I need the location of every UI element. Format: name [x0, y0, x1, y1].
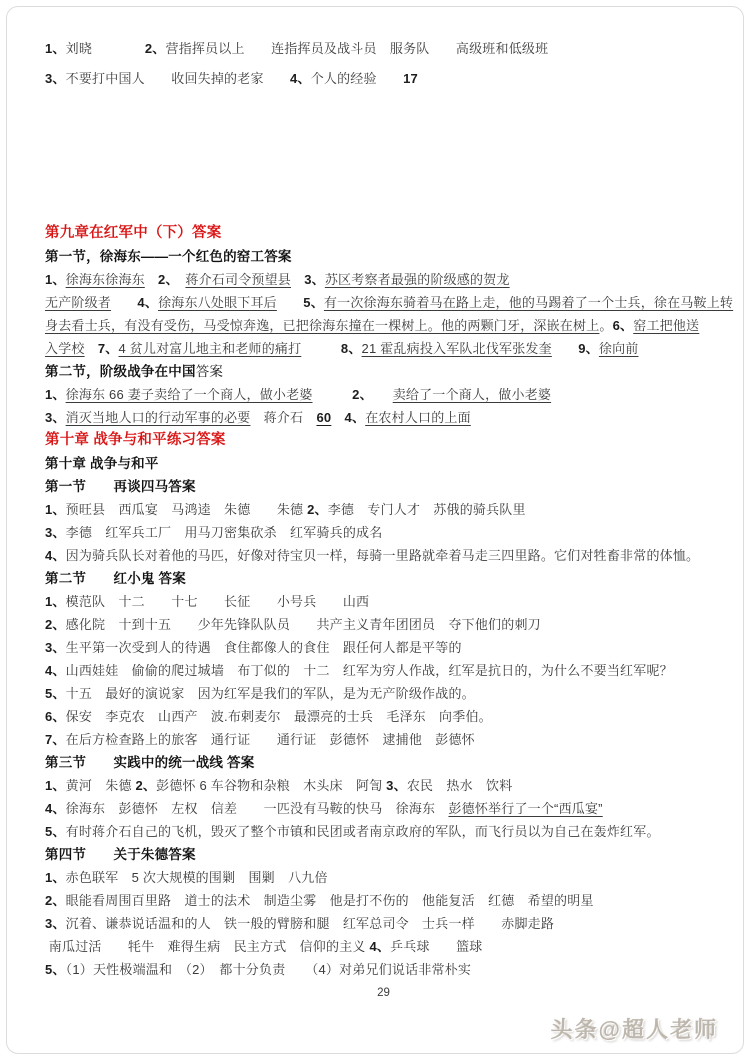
- text-line: 3、不要打中国人 收回失掉的老家 4、个人的经验 17: [45, 64, 722, 94]
- text-segment: 3、: [45, 71, 66, 86]
- text-segment: 南瓜过活 牦牛 难得生病 民主方式 信仰的主义: [45, 939, 369, 954]
- text-line: 4、徐海东 彭德怀 左权 信差 一匹没有马鞍的快马 徐海东 彭德怀举行了一个“西…: [45, 797, 722, 820]
- text-segment: 21 霍乱病投入军队北伐军张发奎: [362, 341, 552, 356]
- section-heading: 第二节 红小鬼 答案: [45, 567, 722, 590]
- text-segment: [172, 272, 185, 287]
- text-segment: 3、: [304, 272, 325, 287]
- text-segment: 3、: [386, 778, 407, 793]
- text-segment: 5、: [303, 295, 324, 310]
- text-segment: 4、: [290, 71, 311, 86]
- answers-top-block: 1、刘晓 2、营指挥员以上 连指挥员及战斗员 服务队 高级班和低级班3、不要打中…: [45, 34, 722, 94]
- text-segment: 5、: [45, 962, 66, 977]
- text-segment: 7、: [45, 732, 66, 747]
- text-segment: 生平第一次受到人的待遇 食住都像人的食住 跟任何人都是平等的: [66, 640, 462, 655]
- text-segment: 第三节 实践中的统一战线 答案: [45, 755, 254, 770]
- text-segment: 第一节，徐海东——一个红色的窑工答案: [45, 249, 292, 264]
- text-segment: [277, 295, 303, 310]
- text-segment: 1、: [45, 387, 66, 402]
- text-segment: [145, 272, 158, 287]
- section-heading: 第四节 关于朱德答案: [45, 843, 722, 866]
- text-line: 6、保安 李克农 山西产 波.布剌麦尔 最漂亮的士兵 毛泽东 向季伯。: [45, 705, 722, 728]
- text-segment: 沉着、谦恭说话温和的人 铁一般的臂膀和腿 红军总司令 士兵一样 赤脚走路: [66, 916, 554, 931]
- text-segment: 彭德怀 6 车谷物和杂粮 木头床 阿訇: [156, 778, 386, 793]
- text-segment: 苏区考察者最强的阶级感的贺龙: [325, 272, 510, 287]
- text-segment: 3、: [45, 916, 66, 931]
- text-segment: 1、: [45, 272, 66, 287]
- text-segment: 6、: [613, 318, 634, 333]
- text-segment: 入学校: [45, 341, 85, 356]
- answers-content: 第九章在红军中（下）答案第一节，徐海东——一个红色的窑工答案1、徐海东徐海东 2…: [45, 222, 722, 981]
- text-segment: 4、: [345, 410, 366, 425]
- chapter-heading: 第九章在红军中（下）答案: [45, 222, 722, 245]
- text-segment: 3、: [45, 410, 66, 425]
- text-segment: 黄河 朱德: [66, 778, 136, 793]
- section-heading: 第一节，徐海东——一个红色的窑工答案: [45, 245, 722, 268]
- text-segment: 第二节 红小鬼 答案: [45, 571, 186, 586]
- text-segment: 蒋介石: [250, 410, 316, 425]
- text-segment: 6、: [45, 709, 66, 724]
- text-segment: 4、: [369, 939, 390, 954]
- text-segment: 1、: [45, 502, 66, 517]
- text-segment: 1、: [45, 870, 66, 885]
- text-segment: 3、: [45, 640, 66, 655]
- text-line: 南瓜过活 牦牛 难得生病 民主方式 信仰的主义 4、乒乓球 篮球: [45, 935, 722, 958]
- text-segment: 4、: [45, 548, 66, 563]
- section-heading: 第二节，阶级战争在中国答案: [45, 360, 722, 383]
- text-segment: 十五 最好的演说家 因为红军是我们的军队，是为无产阶级作战的。: [66, 686, 475, 701]
- text-segment: [301, 341, 341, 356]
- text-segment: 不要打中国人 收回失掉的老家: [66, 71, 290, 86]
- text-segment: 徐海东 66 妻子卖给了一个商人，做小老婆: [66, 387, 313, 402]
- text-line: 1、黄河 朱德 2、彭德怀 6 车谷物和杂粮 木头床 阿訇 3、农民 热水 饮料: [45, 774, 722, 797]
- text-segment: 4、: [45, 663, 66, 678]
- text-segment: [313, 387, 353, 402]
- text-segment: 徐海东徐海东: [66, 272, 145, 287]
- text-line: 身去看士兵，有没有受伤，马受惊奔逸，已把徐海东撞在一棵树上。他的两颗门牙，深嵌在…: [45, 314, 722, 337]
- text-segment: 第十章 战争与和平: [45, 456, 159, 471]
- text-line: 无产阶级者 4、徐海东八处眼下耳后 5、有一次徐海东骑着马在路上走，他的马踢着了…: [45, 291, 722, 314]
- text-segment: 农民 热水 饮料: [407, 778, 513, 793]
- text-segment: [552, 341, 578, 356]
- watermark-toutiao: 头条@超人老师: [551, 1013, 718, 1044]
- text-segment: 在后方检查路上的旅客 通行证 通行证 彭德怀 逮捕他 彭德怀: [66, 732, 475, 747]
- text-segment: 有时蒋介石自己的飞机，毁灭了整个市镇和民团或者南京政府的军队，而飞行员以为自己在…: [66, 824, 660, 839]
- text-segment: 赤色联军 5 次大规模的围剿 围剿 八九倍: [66, 870, 328, 885]
- text-segment: 第二节，阶级战争在中国: [45, 364, 196, 379]
- text-line: 入学校 7、4 贫儿对富儿地主和老师的痛打 8、21 霍乱病投入军队北伐军张发奎…: [45, 337, 722, 360]
- text-segment: 因为骑兵队长对着他的马匹，好像对待宝贝一样，每骑一里路就牵着马走三四里路。它们对…: [66, 548, 700, 563]
- text-line: 5、（1）天性极端温和 （2） 都十分负责 （4）对弟兄们说话非常朴实: [45, 958, 722, 981]
- text-segment: 第十章 战争与和平练习答案: [45, 432, 226, 448]
- text-segment: 预旺县 西瓜宴 马鸿逵 朱德 朱德: [66, 502, 307, 517]
- text-segment: 刘晓: [66, 41, 92, 56]
- text-segment: 1、: [45, 594, 66, 609]
- text-line: 2、眼能看周围百里路 道士的法术 制造尘雾 他是打不伤的 他能复活 红德 希望的…: [45, 889, 722, 912]
- text-segment: 山西娃娃 偷偷的爬过城墙 布丁似的 十二 红军为穷人作战，红军是抗日的，为什么不…: [66, 663, 673, 678]
- text-segment: 9、: [578, 341, 599, 356]
- text-segment: 2、: [45, 893, 66, 908]
- text-segment: 在农村人口的上面: [365, 410, 471, 425]
- text-segment: 17: [403, 71, 418, 86]
- text-segment: 1、: [45, 778, 66, 793]
- text-line: 3、消灭当地人口的行动军事的必要 蒋介石 60 4、在农村人口的上面: [45, 406, 722, 429]
- chapter-heading: 第十章 战争与和平练习答案: [45, 429, 722, 452]
- text-line: 5、十五 最好的演说家 因为红军是我们的军队，是为无产阶级作战的。: [45, 682, 722, 705]
- text-line: 1、赤色联军 5 次大规模的围剿 围剿 八九倍: [45, 866, 722, 889]
- text-segment: 5、: [45, 686, 66, 701]
- blank-gap: [45, 94, 722, 222]
- text-segment: 徐海东 彭德怀 左权 信差 一匹没有马鞍的快马 徐海东: [66, 801, 449, 816]
- text-segment: 模范队 十二 十七 长征 小号兵 山西: [66, 594, 370, 609]
- text-segment: 徐向前: [599, 341, 639, 356]
- text-line: 1、预旺县 西瓜宴 马鸿逵 朱德 朱德 2、李德 专门人才 苏俄的骑兵队里: [45, 498, 722, 521]
- text-segment: 第九章在红军中（下）答案: [45, 225, 221, 241]
- text-segment: 第一节 再谈四马答案: [45, 479, 196, 494]
- text-segment: 乒乓球 篮球: [390, 939, 482, 954]
- text-segment: 8、: [341, 341, 362, 356]
- text-segment: 无产阶级者: [45, 295, 111, 310]
- section-heading: 第十章 战争与和平: [45, 452, 722, 475]
- text-segment: （1）天性极端温和 （2） 都十分负责 （4）对弟兄们说话非常朴实: [66, 962, 472, 977]
- text-line: 3、生平第一次受到人的待遇 食住都像人的食住 跟任何人都是平等的: [45, 636, 722, 659]
- text-segment: 答案: [196, 364, 223, 379]
- text-line: 5、有时蒋介石自己的飞机，毁灭了整个市镇和民团或者南京政府的军队，而飞行员以为自…: [45, 820, 722, 843]
- text-segment: 保安 李克农 山西产 波.布剌麦尔 最漂亮的士兵 毛泽东 向季伯。: [66, 709, 492, 724]
- text-line: 1、徐海东 66 妻子卖给了一个商人，做小老婆 2、 卖给了一个商人，做小老婆: [45, 383, 722, 406]
- document-page: 1、刘晓 2、营指挥员以上 连指挥员及战斗员 服务队 高级班和低级班3、不要打中…: [0, 0, 750, 1060]
- text-segment: 1、: [45, 41, 66, 56]
- text-segment: 个人的经验: [311, 71, 403, 86]
- text-segment: [111, 295, 137, 310]
- page-number: 29: [45, 987, 722, 999]
- text-line: 4、山西娃娃 偷偷的爬过城墙 布丁似的 十二 红军为穷人作战，红军是抗日的，为什…: [45, 659, 722, 682]
- text-segment: 李德 红军兵工厂 用马刀密集砍杀 红军骑兵的成名: [66, 525, 383, 540]
- text-segment: 。: [599, 318, 612, 333]
- text-segment: 消灭当地人口的行动军事的必要: [66, 410, 251, 425]
- text-line: 1、徐海东徐海东 2、 蒋介石司令预望县 3、苏区考察者最强的阶级感的贺龙: [45, 268, 722, 291]
- text-segment: 60: [316, 410, 331, 425]
- text-segment: 4、: [45, 801, 66, 816]
- text-line: 4、因为骑兵队长对着他的马匹，好像对待宝贝一样，每骑一里路就牵着马走三四里路。它…: [45, 544, 722, 567]
- text-segment: 4、: [137, 295, 158, 310]
- text-segment: 第四节 关于朱德答案: [45, 847, 196, 862]
- text-segment: 2、: [145, 41, 166, 56]
- text-segment: 3、: [45, 525, 66, 540]
- text-line: 1、刘晓 2、营指挥员以上 连指挥员及战斗员 服务队 高级班和低级班: [45, 34, 722, 64]
- text-segment: 2、: [307, 502, 328, 517]
- text-segment: 7、: [98, 341, 119, 356]
- text-segment: 徐海东八处眼下耳后: [158, 295, 277, 310]
- text-segment: 蒋介石司令预望县: [185, 272, 291, 287]
- text-segment: 窑工把他送: [633, 318, 699, 333]
- text-segment: 2、: [45, 617, 66, 632]
- text-segment: [291, 272, 304, 287]
- section-heading: 第一节 再谈四马答案: [45, 475, 722, 498]
- text-line: 2、感化院 十到十五 少年先锋队队员 共产主义青年团团员 夺下他们的刺刀: [45, 613, 722, 636]
- text-segment: 卖给了一个商人，做小老婆: [393, 387, 551, 402]
- text-segment: 2、: [135, 778, 156, 793]
- section-heading: 第三节 实践中的统一战线 答案: [45, 751, 722, 774]
- text-segment: [92, 41, 145, 56]
- text-segment: [331, 410, 344, 425]
- text-segment: [85, 341, 98, 356]
- text-segment: 2、: [352, 387, 366, 402]
- text-segment: 4 贫儿对富儿地主和老师的痛打: [118, 341, 301, 356]
- text-line: 7、在后方检查路上的旅客 通行证 通行证 彭德怀 逮捕他 彭德怀: [45, 728, 722, 751]
- text-line: 3、李德 红军兵工厂 用马刀密集砍杀 红军骑兵的成名: [45, 521, 722, 544]
- text-segment: 5、: [45, 824, 66, 839]
- text-segment: 眼能看周围百里路 道士的法术 制造尘雾 他是打不伤的 他能复活 红德 希望的明星: [66, 893, 594, 908]
- text-segment: [366, 387, 392, 402]
- text-segment: 彭德怀举行了一个“西瓜宴”: [448, 801, 602, 816]
- text-segment: 身去看士兵，有没有受伤，马受惊奔逸，已把徐海东撞在一棵树上。他的两颗门牙，深嵌在…: [45, 318, 599, 333]
- text-line: 1、模范队 十二 十七 长征 小号兵 山西: [45, 590, 722, 613]
- text-segment: 营指挥员以上 连指挥员及战斗员 服务队 高级班和低级班: [166, 41, 549, 56]
- text-segment: 感化院 十到十五 少年先锋队队员 共产主义青年团团员 夺下他们的刺刀: [66, 617, 541, 632]
- text-segment: 李德 专门人才 苏俄的骑兵队里: [328, 502, 526, 517]
- text-segment: 有一次徐海东骑着马在路上走，他的马踢着了一个士兵，徐在马鞍上转: [324, 295, 733, 310]
- text-segment: 2、: [158, 272, 172, 287]
- text-line: 3、沉着、谦恭说话温和的人 铁一般的臂膀和腿 红军总司令 士兵一样 赤脚走路: [45, 912, 722, 935]
